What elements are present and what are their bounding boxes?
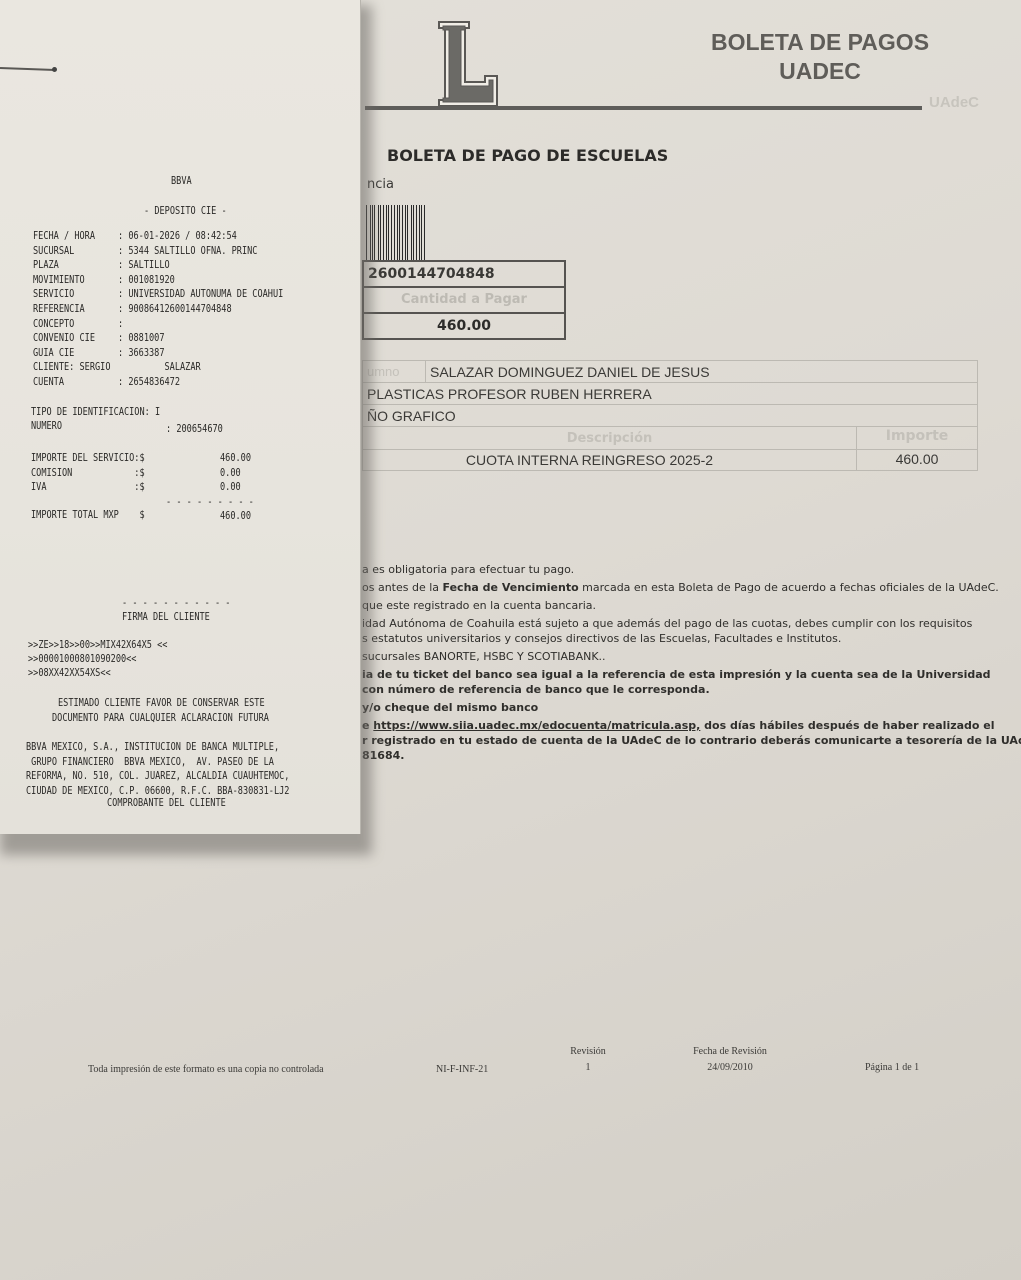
receipt-total-divider: - - - - - - - - - bbox=[166, 496, 254, 508]
career-row: ÑO GRAFICO bbox=[363, 405, 977, 427]
instruction-text: que este registrado en la cuenta bancari… bbox=[362, 599, 596, 612]
student-info-table: umno SALAZAR DOMINGUEZ DANIEL DE JESUS P… bbox=[362, 360, 978, 471]
school-row: PLASTICAS PROFESOR RUBEN HERRERA bbox=[363, 383, 977, 405]
instruction-line: que este registrado en la cuenta bancari… bbox=[362, 598, 1012, 613]
amount-label: Cantidad a Pagar bbox=[364, 288, 564, 314]
barcode-bar bbox=[397, 205, 398, 260]
receipt-amount-label: IMPORTE DEL SERVICIO:$ bbox=[31, 452, 145, 464]
student-label: umno bbox=[363, 361, 426, 382]
receipt-total-value: 460.00 bbox=[220, 510, 251, 522]
instruction-line: os antes de la Fecha de Vencimiento marc… bbox=[362, 580, 1012, 595]
receipt-footer: COMPROBANTE DEL CLIENTE bbox=[107, 797, 226, 809]
barcode-bar bbox=[388, 205, 389, 260]
receipt-legal-line: GRUPO FINANCIERO BBVA MEXICO, AV. PASEO … bbox=[26, 756, 274, 768]
receipt-code-line: >>ZE>>18>>00>>MIX42X64X5 << bbox=[28, 639, 167, 651]
receipt-field-label: CLIENTE: SERGIO bbox=[33, 361, 110, 373]
instruction-text: y/o cheque del mismo banco bbox=[362, 701, 538, 714]
career-name: ÑO GRAFICO bbox=[363, 408, 456, 424]
footer-disclaimer: Toda impresión de este formato es una co… bbox=[88, 1064, 324, 1075]
barcode-bar bbox=[407, 205, 408, 260]
receipt-legal-line: BBVA MEXICO, S.A., INSTITUCION DE BANCA … bbox=[26, 741, 279, 753]
receipt-field-value: : 3663387 bbox=[118, 347, 164, 359]
footer-revision-label: Revisión bbox=[560, 1046, 616, 1057]
amount-value: 460.00 bbox=[364, 314, 564, 338]
instruction-line: y/o cheque del mismo banco bbox=[362, 700, 1012, 715]
instruction-line: a es obligatoria para efectuar tu pago. bbox=[362, 562, 1012, 577]
concept-description: CUOTA INTERNA REINGRESO 2025-2 bbox=[363, 450, 856, 470]
instruction-line: e https://www.siia.uadec.mx/edocuenta/ma… bbox=[362, 718, 1012, 733]
footer-page-number: Página 1 de 1 bbox=[865, 1062, 919, 1073]
receipt-field-label: CONCEPTO bbox=[33, 318, 74, 330]
footer-revision-date-label: Fecha de Revisión bbox=[680, 1046, 780, 1057]
receipt-signature-line: - - - - - - - - - - - bbox=[122, 597, 230, 609]
instruction-line: idad Autónoma de Coahuila está sujeto a … bbox=[362, 616, 1012, 631]
receipt-field-label: FECHA / HORA bbox=[33, 230, 95, 242]
student-name: SALAZAR DOMINGUEZ DANIEL DE JESUS bbox=[426, 364, 710, 380]
description-header: Descripción bbox=[363, 427, 856, 449]
header-divider bbox=[365, 106, 922, 110]
instruction-text: idad Autónoma de Coahuila está sujeto a … bbox=[362, 617, 972, 630]
instruction-text: r registrado en tu estado de cuenta de l… bbox=[362, 734, 1021, 747]
receipt-field-value: : 5344 SALTILLO OFNA. PRINC bbox=[118, 245, 257, 257]
instruction-text: os antes de la bbox=[362, 581, 443, 594]
instruction-text: marcada en esta Boleta de Pago de acuerd… bbox=[579, 581, 999, 594]
receipt-id-type: TIPO DE IDENTIFICACION: I bbox=[31, 406, 160, 418]
reference-amount-box: 2600144704848 Cantidad a Pagar 460.00 bbox=[362, 260, 566, 340]
instruction-line: s estatutos universitarios y consejos di… bbox=[362, 631, 1012, 646]
receipt-field-label: GUIA CIE bbox=[33, 347, 74, 359]
student-name-row: umno SALAZAR DOMINGUEZ DANIEL DE JESUS bbox=[363, 361, 977, 383]
barcode-icon bbox=[366, 205, 426, 260]
receipt-field-value: : 2654836472 bbox=[118, 376, 180, 388]
header-title-line1: BOLETA DE PAGOS bbox=[640, 28, 1000, 57]
header-title: BOLETA DE PAGOS UADEC bbox=[640, 28, 1000, 86]
header-title-line2: UADEC bbox=[640, 57, 1000, 86]
barcode-bar bbox=[386, 205, 387, 260]
receipt-field-label: REFERENCIA bbox=[33, 303, 85, 315]
receipt-type: - DEPOSITO CIE - bbox=[144, 205, 227, 217]
receipt-signature-label: FIRMA DEL CLIENTE bbox=[122, 611, 210, 623]
receipt-amount-value: 0.00 bbox=[220, 481, 241, 493]
barcode-bar bbox=[413, 205, 414, 260]
footer-revision-value: 1 bbox=[560, 1062, 616, 1073]
instruction-line: 81684. bbox=[362, 748, 1012, 763]
receipt-id-number-value: : 200654670 bbox=[166, 423, 223, 435]
concepts-header: Descripción Importe bbox=[363, 427, 977, 450]
receipt-field-value: : 0881007 bbox=[118, 332, 164, 344]
receipt-legal-line: CIUDAD DE MEXICO, C.P. 06600, R.F.C. BBA… bbox=[26, 785, 289, 797]
barcode-bar bbox=[421, 205, 422, 260]
instruction-line: sucursales BANORTE, HSBC Y SCOTIABANK.. bbox=[362, 649, 1012, 664]
receipt-field-label: MOVIMIENTO bbox=[33, 274, 85, 286]
staple-pin-head-icon bbox=[52, 67, 57, 72]
receipt-field-label: SERVICIO bbox=[33, 288, 74, 300]
uadec-l-logo-icon bbox=[437, 20, 499, 108]
instruction-line: ia de tu ticket del banco sea igual a la… bbox=[362, 667, 1012, 682]
receipt-amount-label: COMISION :$ bbox=[31, 467, 145, 479]
receipt-field-value: : bbox=[118, 318, 123, 330]
account-status-link[interactable]: https://www.siia.uadec.mx/edocuenta/matr… bbox=[373, 719, 700, 732]
receipt-field-value: : 001081920 bbox=[118, 274, 175, 286]
uadec-watermark: UAdeC bbox=[929, 94, 979, 111]
concept-amount: 460.00 bbox=[856, 450, 977, 470]
section-title: BOLETA DE PAGO DE ESCUELAS bbox=[387, 146, 668, 165]
instruction-text: sucursales BANORTE, HSBC Y SCOTIABANK.. bbox=[362, 650, 606, 663]
receipt-code-line: >>00001000801090200<< bbox=[28, 653, 136, 665]
instruction-text: Fecha de Vencimiento bbox=[443, 581, 579, 594]
receipt-bank-name: BBVA bbox=[171, 175, 192, 187]
school-name: PLASTICAS PROFESOR RUBEN HERRERA bbox=[363, 386, 652, 402]
instruction-text: ia de tu ticket del banco sea igual a la… bbox=[362, 668, 991, 681]
table-row: CUOTA INTERNA REINGRESO 2025-2 460.00 bbox=[363, 450, 977, 470]
receipt-amount-label: IVA :$ bbox=[31, 481, 145, 493]
instruction-text: con número de referencia de banco que le… bbox=[362, 683, 710, 696]
instruction-text: s estatutos universitarios y consejos di… bbox=[362, 632, 841, 645]
bank-receipt: BBVA - DEPOSITO CIE - FECHA / HORA: 06-0… bbox=[0, 0, 361, 834]
receipt-field-label: SUCURSAL bbox=[33, 245, 74, 257]
instruction-text: dos días hábiles después de haber realiz… bbox=[700, 719, 994, 732]
amount-header: Importe bbox=[856, 427, 977, 449]
barcode-bar bbox=[405, 205, 406, 260]
receipt-id-number-label: NUMERO bbox=[31, 420, 62, 432]
footer-revision-date-value: 24/09/2010 bbox=[680, 1062, 780, 1073]
barcode-bar bbox=[380, 205, 381, 260]
reference-number: 2600144704848 bbox=[364, 262, 564, 288]
instruction-line: con número de referencia de banco que le… bbox=[362, 682, 1012, 697]
receipt-code-line: >>08XX42XX54XS<< bbox=[28, 667, 111, 679]
receipt-field-value: : 06-01-2026 / 08:42:54 bbox=[118, 230, 237, 242]
receipt-amount-value: 0.00 bbox=[220, 467, 241, 479]
instruction-line: r registrado en tu estado de cuenta de l… bbox=[362, 733, 1012, 748]
receipt-field-label: CUENTA bbox=[33, 376, 64, 388]
receipt-total-label: IMPORTE TOTAL MXP $ bbox=[31, 509, 145, 521]
receipt-notice-line1: ESTIMADO CLIENTE FAVOR DE CONSERVAR ESTE bbox=[58, 697, 265, 709]
receipt-field-value: SALAZAR bbox=[118, 361, 201, 373]
receipt-field-value: : 90086412600144704848 bbox=[118, 303, 232, 315]
receipt-field-label: PLAZA bbox=[33, 259, 59, 271]
instruction-text: a es obligatoria para efectuar tu pago. bbox=[362, 563, 574, 576]
footer-form-code: NI-F-INF-21 bbox=[436, 1064, 488, 1075]
receipt-amount-value: 460.00 bbox=[220, 452, 251, 464]
receipt-field-value: : SALTILLO bbox=[118, 259, 170, 271]
receipt-notice-line2: DOCUMENTO PARA CUALQUIER ACLARACION FUTU… bbox=[52, 712, 269, 724]
receipt-legal-line: REFORMA, NO. 510, COL. JUAREZ, ALCALDIA … bbox=[26, 770, 289, 782]
receipt-field-value: : UNIVERSIDAD AUTONUMA DE COAHUI bbox=[118, 288, 283, 300]
receipt-field-label: CONVENIO CIE bbox=[33, 332, 95, 344]
payment-instructions: a es obligatoria para efectuar tu pago.o… bbox=[362, 562, 1012, 763]
